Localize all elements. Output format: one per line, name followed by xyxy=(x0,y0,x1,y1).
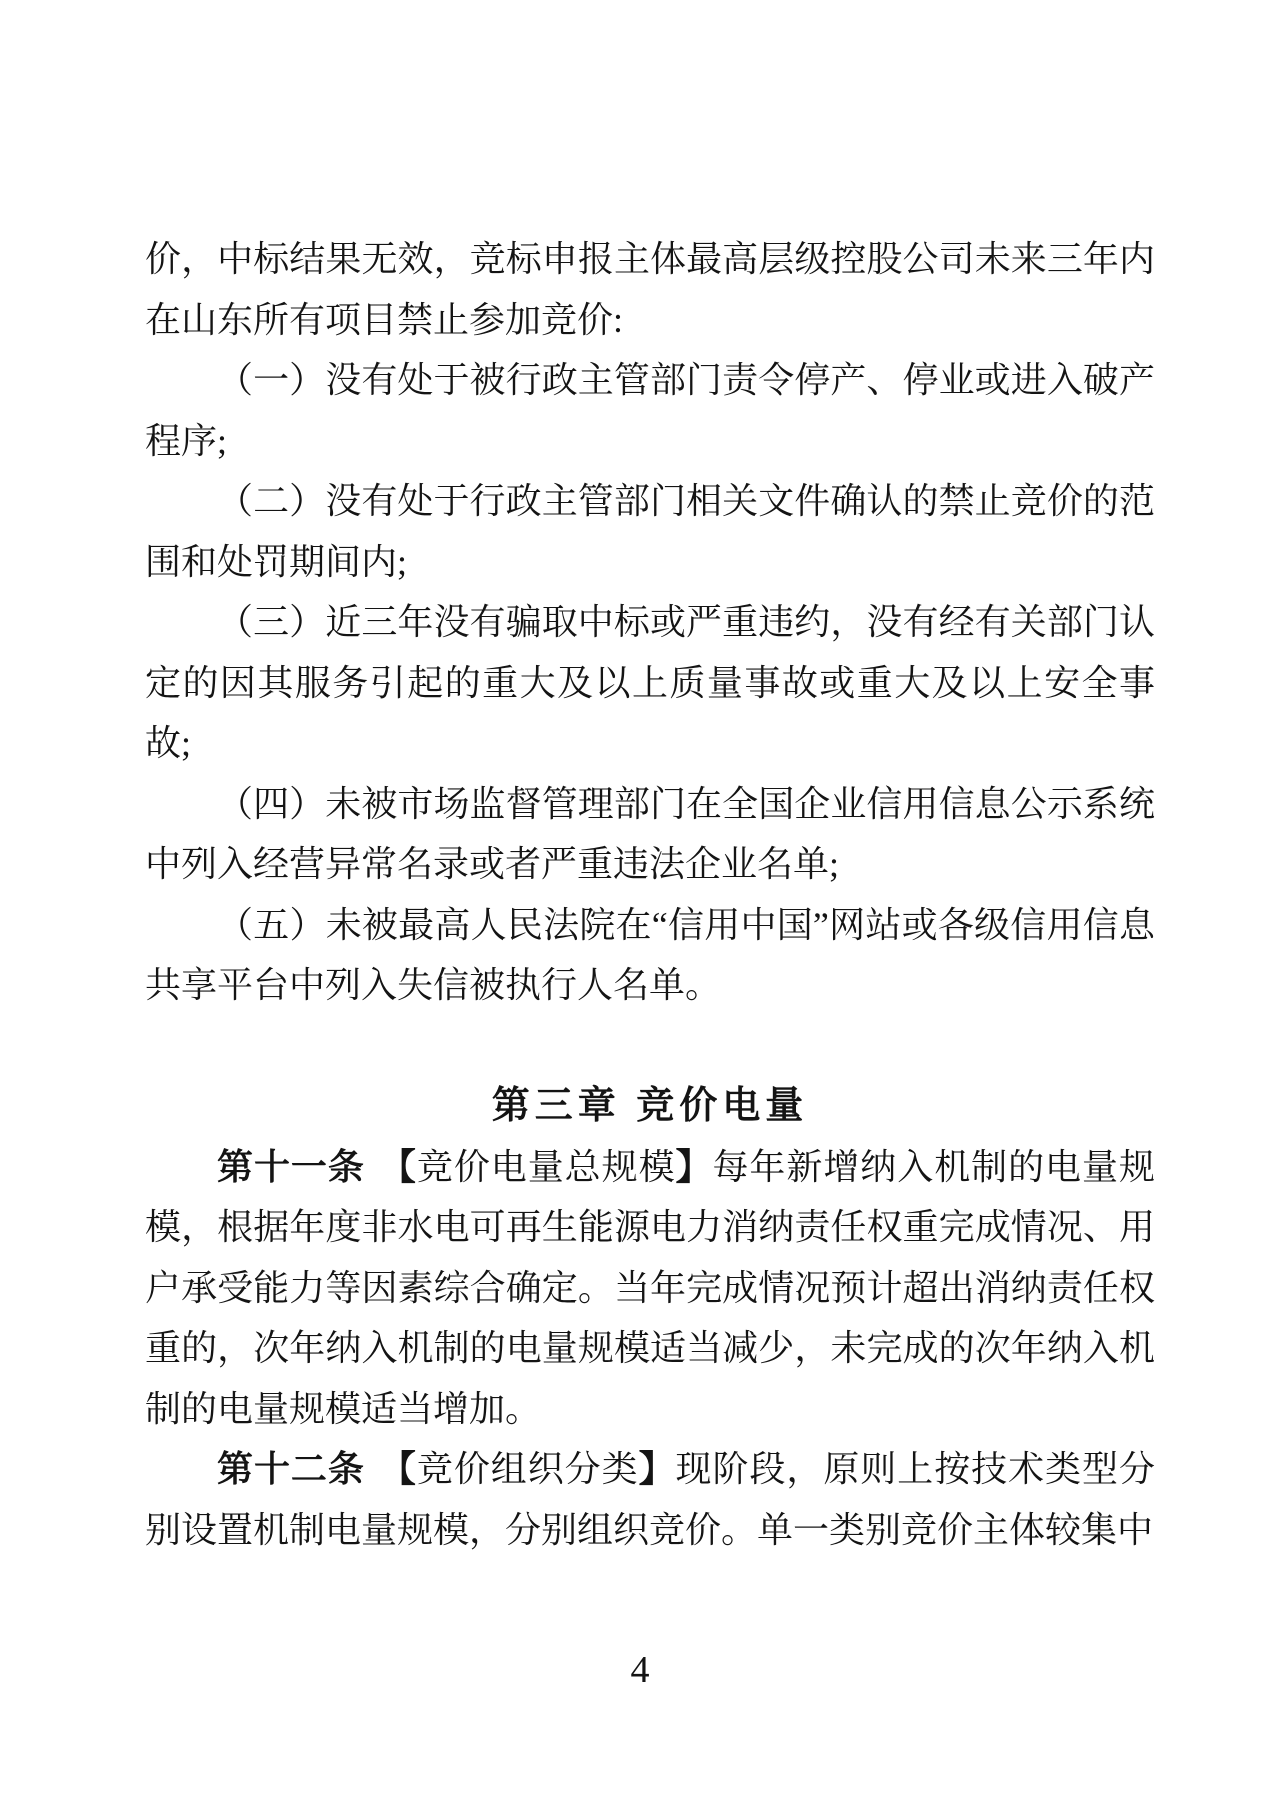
article-11-bracket-open: 【 xyxy=(380,1147,417,1187)
article-12-bracket-close: 】 xyxy=(639,1449,676,1489)
list-item-5: （五）未被最高人民法院在“信用中国”网站或各级信用信息共享平台中列入失信被执行人… xyxy=(145,895,1155,1016)
list-item-1: （一）没有处于被行政主管部门责令停产、停业或进入破产程序; xyxy=(145,350,1155,471)
article-12-title: 竞价组织分类 xyxy=(417,1449,639,1489)
article-11-bracket-close: 】 xyxy=(676,1147,713,1187)
article-11-paragraph: 第十一条【竞价电量总规模】每年新增纳入机制的电量规模，根据年度非水电可再生能源电… xyxy=(145,1137,1155,1440)
page-number: 4 xyxy=(0,1648,1280,1692)
document-page: 价，中标结果无效，竞标申报主体最高层级控股公司未来三年内在山东所有项目禁止参加竞… xyxy=(0,0,1280,1810)
page-content: 价，中标结果无效，竞标申报主体最高层级控股公司未来三年内在山东所有项目禁止参加竞… xyxy=(145,229,1155,1560)
list-item-2: （二）没有处于行政主管部门相关文件确认的禁止竞价的范围和处罚期间内; xyxy=(145,471,1155,592)
paragraph-continuation: 价，中标结果无效，竞标申报主体最高层级控股公司未来三年内在山东所有项目禁止参加竞… xyxy=(145,229,1155,350)
article-12-paragraph: 第十二条【竞价组织分类】现阶段，原则上按技术类型分别设置机制电量规模，分别组织竞… xyxy=(145,1439,1155,1560)
article-11-title: 竞价电量总规模 xyxy=(417,1147,676,1187)
article-12-bracket-open: 【 xyxy=(380,1449,417,1489)
article-11-body: 每年新增纳入机制的电量规模，根据年度非水电可再生能源电力消纳责任权重完成情况、用… xyxy=(145,1147,1155,1429)
chapter-heading: 第三章 竞价电量 xyxy=(145,1076,1155,1137)
list-item-3: （三）近三年没有骗取中标或严重违约，没有经有关部门认定的因其服务引起的重大及以上… xyxy=(145,592,1155,774)
article-11-number: 第十一条 xyxy=(217,1147,365,1187)
list-item-4: （四）未被市场监督管理部门在全国企业信用信息公示系统中列入经营异常名录或者严重违… xyxy=(145,774,1155,895)
article-12-number: 第十二条 xyxy=(217,1449,365,1489)
